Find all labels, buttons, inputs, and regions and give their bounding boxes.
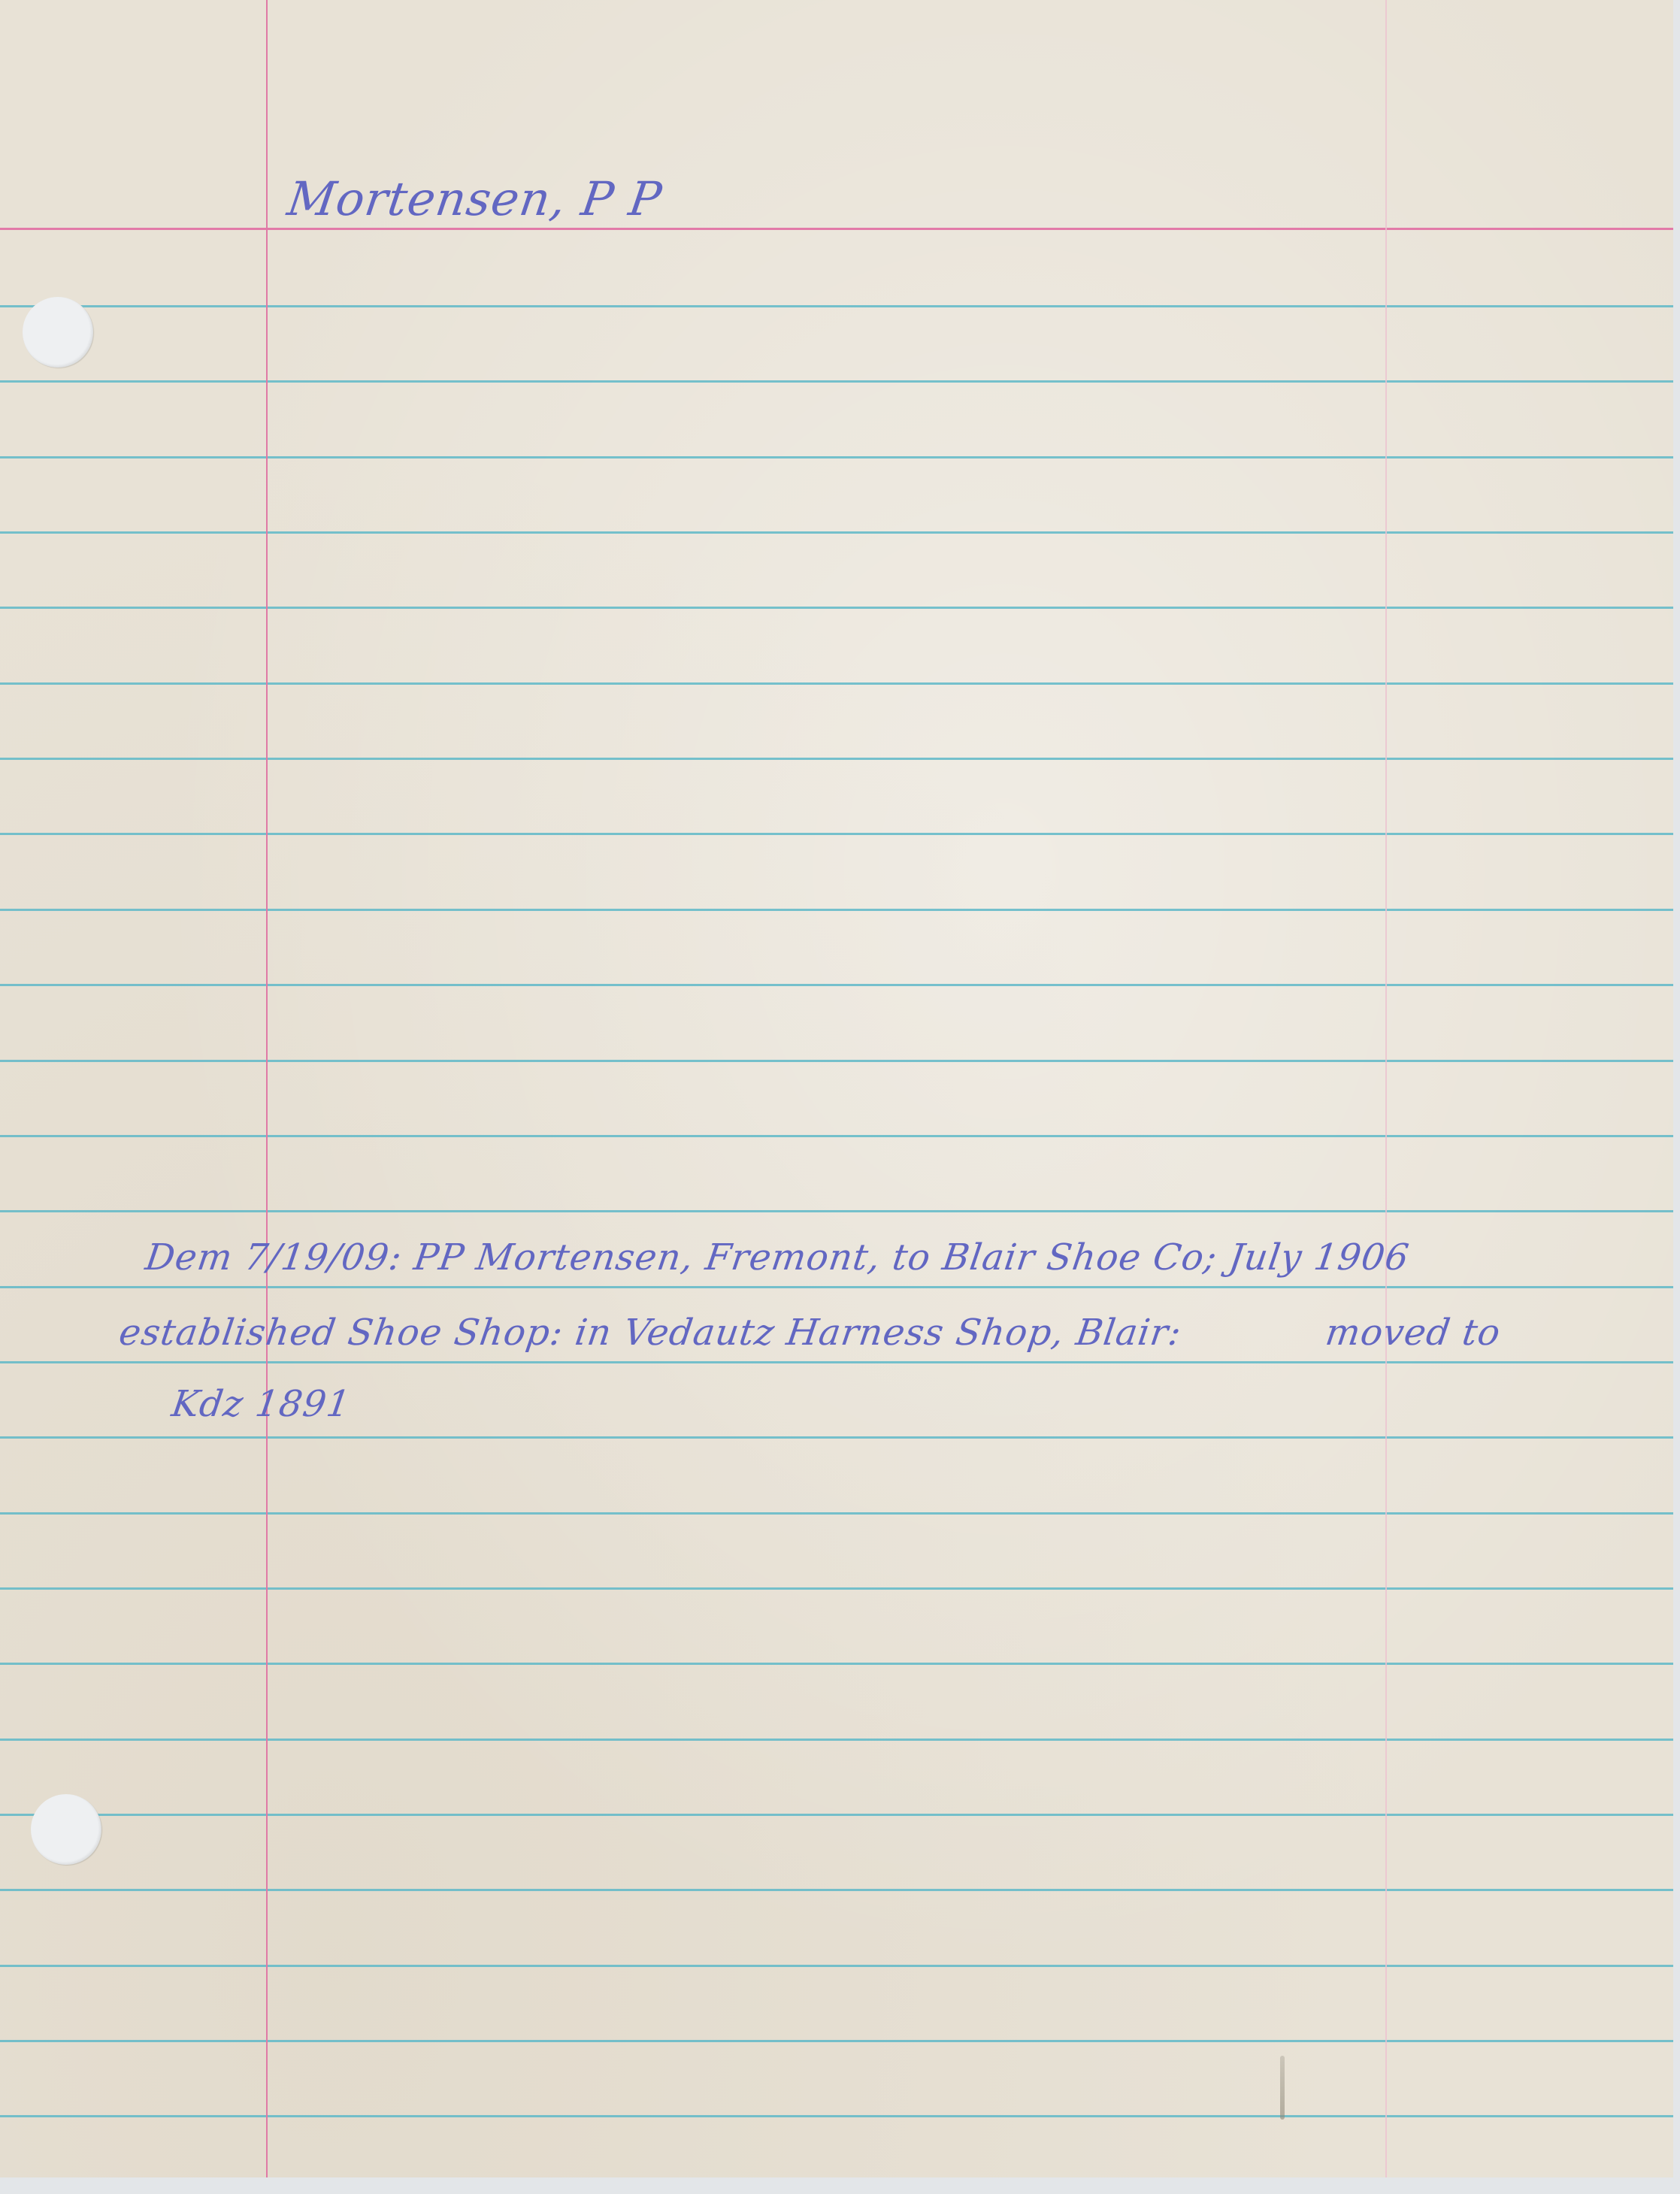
punch-hole-top bbox=[23, 297, 93, 368]
left-margin-line bbox=[266, 0, 268, 2177]
ruled-line bbox=[0, 2115, 1673, 2117]
ruled-line bbox=[0, 1210, 1673, 1212]
ruled-line bbox=[0, 1512, 1673, 1515]
ruled-line bbox=[0, 2040, 1673, 2042]
ruled-line bbox=[0, 1889, 1673, 1891]
ruled-line bbox=[0, 607, 1673, 609]
ruled-line bbox=[0, 1814, 1673, 1816]
note-line-1: Dem 7/19/09: PP Mortensen, Fremont, to B… bbox=[143, 1236, 1412, 1279]
ruled-line bbox=[0, 1739, 1673, 1741]
ruled-line bbox=[0, 1436, 1673, 1439]
scan-bottom-edge bbox=[0, 2177, 1680, 2194]
ruled-line bbox=[0, 1361, 1673, 1363]
ruled-line bbox=[0, 1060, 1673, 1062]
ruled-line bbox=[0, 758, 1673, 760]
ruled-line bbox=[0, 1286, 1673, 1288]
ruled-line bbox=[0, 305, 1673, 307]
ruled-line bbox=[0, 1135, 1673, 1137]
punch-hole-bottom bbox=[31, 1794, 101, 1865]
ruled-line bbox=[0, 1587, 1673, 1590]
scan-right-edge bbox=[1673, 0, 1680, 2194]
note-line-3: Kdz 1891 bbox=[169, 1383, 353, 1425]
note-header-name: Mortensen, P P bbox=[284, 171, 665, 226]
ruled-line bbox=[0, 531, 1673, 534]
ruled-line bbox=[0, 833, 1673, 835]
ruled-line bbox=[0, 1663, 1673, 1665]
notebook-page: Mortensen, P P Dem 7/19/09: PP Mortensen… bbox=[0, 0, 1673, 2177]
ruled-line bbox=[0, 984, 1673, 986]
right-margin-line bbox=[1385, 0, 1387, 2177]
pencil-smudge bbox=[1280, 2056, 1285, 2120]
ruled-line bbox=[0, 380, 1673, 383]
header-rule bbox=[0, 228, 1673, 230]
note-line-2-tail: moved to bbox=[1323, 1312, 1503, 1354]
note-line-2: established Shoe Shop: in Vedautz Harnes… bbox=[117, 1312, 1185, 1354]
ruled-line bbox=[0, 909, 1673, 911]
ruled-line bbox=[0, 1965, 1673, 1967]
ruled-line bbox=[0, 682, 1673, 685]
ruled-line bbox=[0, 456, 1673, 458]
